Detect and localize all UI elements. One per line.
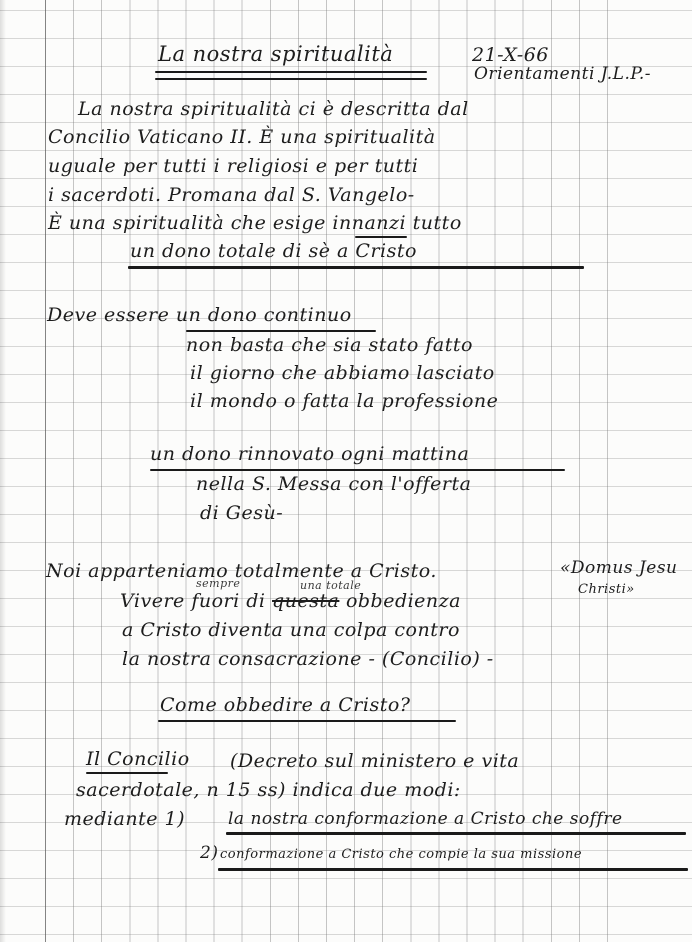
interlinear-insert: sempre (196, 578, 240, 589)
text-line: il mondo o fatta la professione (190, 392, 498, 411)
text-line: non basta che sia stato fatto (186, 336, 473, 355)
text-line: Il Concilio (86, 750, 190, 769)
text-line: Noi apparteniamo totalmente a Cristo. (46, 562, 437, 581)
page-attribution: Orientamenti J.L.P.- (474, 66, 651, 83)
section-underline (158, 720, 456, 722)
section-heading: Come obbedire a Cristo? (160, 696, 410, 715)
key-line-underline (128, 266, 584, 269)
title-underline-1 (155, 71, 427, 73)
title-underline-2 (155, 78, 427, 80)
list-number: 2) (200, 845, 218, 862)
heading-prefix: Deve essere un (47, 304, 201, 326)
margin-line (45, 0, 46, 942)
notebook-page: La nostra spiritualità 21-X-66 Orientame… (0, 0, 692, 942)
text-line: di Gesù- (200, 504, 283, 523)
word: Vivere (120, 590, 185, 612)
text-line: uguale per tutti i religiosi e per tutti (48, 157, 418, 176)
word: fuori di (191, 590, 265, 612)
text-line: nella S. Messa con l'offerta (196, 475, 471, 494)
heading-underlined: dono continuo (208, 304, 352, 326)
text-line: La nostra spiritualità ci è descritta da… (78, 100, 469, 119)
section-heading: un dono rinnovato ogni mattina (150, 445, 469, 464)
page-edge-shadow (0, 0, 6, 942)
text-line: conformazione a Cristo che compie la sua… (220, 848, 582, 861)
text-line: È una spiritualità che esige innanzi tut… (48, 214, 462, 233)
heading-underline (186, 330, 376, 332)
text-line-key: un dono totale di sè a Cristo (130, 242, 417, 261)
text-line: la nostra conformazione a Cristo che sof… (228, 811, 623, 828)
text-line: mediante 1) (64, 810, 185, 829)
side-note: Christi» (578, 583, 635, 596)
text-line: Deve essere un dono continuo (47, 306, 352, 325)
word: obbedienza (346, 590, 461, 612)
text-underline (86, 772, 168, 774)
text-line: la nostra consacrazione - (Concilio) - (122, 650, 494, 669)
text-line: Vivere fuori di questa obbedienza (120, 592, 461, 611)
text-line: (Decreto sul ministero e vita (230, 752, 519, 771)
list-item-underline (218, 868, 688, 871)
page-date: 21-X-66 (472, 46, 549, 65)
side-note: «Domus Jesu (560, 560, 678, 577)
list-item-underline (226, 832, 686, 835)
text-line: a Cristo diventa una colpa contro (122, 621, 460, 640)
text-line: Concilio Vaticano II. È una spiritualità (48, 128, 436, 147)
text-line: i sacerdoti. Promana dal S. Vangelo- (48, 186, 415, 205)
section-underline (150, 469, 565, 471)
text-line: il giorno che abbiamo lasciato (190, 364, 495, 383)
text-line: sacerdotale, n 15 ss) indica due modi: (76, 781, 461, 800)
struck-word: questa (272, 590, 339, 612)
page-title: La nostra spiritualità (158, 44, 393, 65)
emphasis-underline (355, 236, 407, 238)
